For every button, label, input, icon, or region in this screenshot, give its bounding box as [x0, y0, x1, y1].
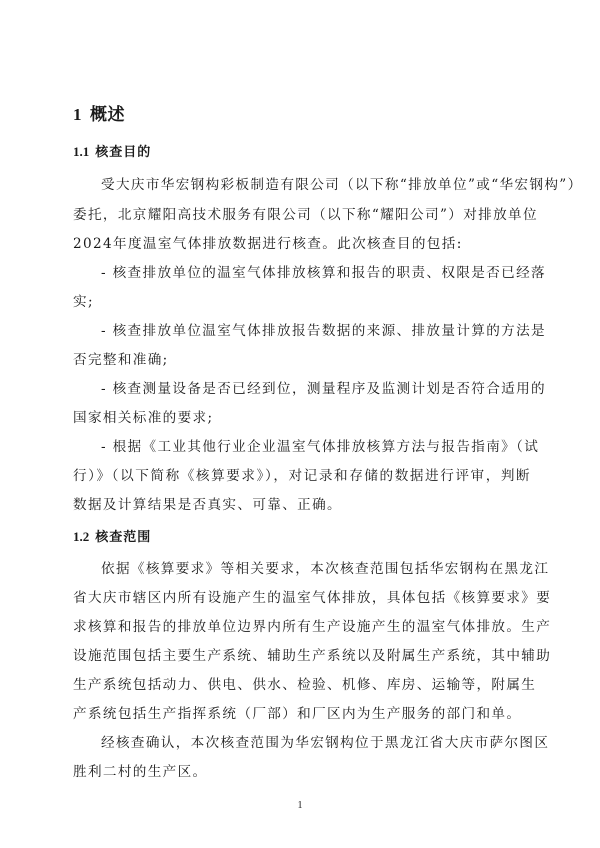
paragraph-line: 省大庆市辖区内所有设施产生的温室气体排放，具体包括《核算要求》要	[73, 588, 531, 608]
list-item-line: 国家相关标准的要求;	[73, 408, 531, 428]
list-item-line: - 核查测量设备是否已经到位，测量程序及监测计划是否符合适用的	[101, 379, 531, 399]
list-item-line: 否完整和准确;	[73, 350, 531, 370]
section-title: 概述	[90, 105, 125, 125]
list-item-line: 行）》（以下简称《核算要求》），对记录和存储的数据进行评审，判断	[73, 466, 531, 486]
paragraph-line: 产系统包括生产指挥系统（厂部）和厂区内为生产服务的部门和单。	[73, 704, 531, 724]
paragraph-line: 依据《核算要求》等相关要求，本次核查范围包括华宏钢构在黑龙江	[101, 559, 531, 579]
paragraph-line: 求核算和报告的排放单位边界内所有生产设施产生的温室气体排放。生产	[73, 617, 531, 637]
document-page: 1概述 1.1核查目的 受大庆市华宏钢构彩板制造有限公司（以下称“排放单位”或“…	[0, 0, 600, 848]
section-title: 核查目的	[95, 145, 151, 160]
section-title: 核查范围	[95, 530, 151, 545]
section-heading-1-1: 1.1核查目的	[73, 141, 151, 160]
page-number: 1	[0, 800, 600, 811]
paragraph-line: 经核查确认，本次核查范围为华宏钢构位于黑龙江省大庆市萨尔图区	[101, 733, 531, 753]
section-number: 1.1	[73, 144, 89, 159]
paragraph-line: 2024年度温室气体排放数据进行核查。此次核查目的包括:	[73, 234, 531, 254]
list-item-line: 数据及计算结果是否真实、可靠、正确。	[73, 495, 531, 515]
paragraph-line: 受大庆市华宏钢构彩板制造有限公司（以下称“排放单位”或“华宏钢构”）	[101, 175, 531, 195]
section-number: 1	[73, 105, 82, 124]
section-number: 1.2	[73, 529, 89, 544]
list-item-line: 实;	[73, 292, 531, 312]
paragraph-line: 胜利二村的生产区。	[73, 762, 531, 782]
section-heading-1-2: 1.2核查范围	[73, 526, 151, 545]
paragraph-line: 生产系统包括动力、供电、供水、检验、机修、库房、运输等，附属生	[73, 675, 531, 695]
paragraph-line: 委托，北京耀阳高技术服务有限公司（以下称“耀阳公司”）对排放单位	[73, 205, 531, 225]
list-item-line: - 根据《工业其他行业企业温室气体排放核算方法与报告指南》（试	[101, 437, 531, 457]
section-heading-1: 1概述	[73, 100, 125, 125]
paragraph-line: 设施范围包括主要生产系统、辅助生产系统以及附属生产系统，其中辅助	[73, 646, 531, 666]
list-item-line: - 核查排放单位的温室气体排放核算和报告的职责、权限是否已经落	[101, 263, 531, 283]
list-item-line: - 核查排放单位温室气体排放报告数据的来源、排放量计算的方法是	[101, 321, 531, 341]
